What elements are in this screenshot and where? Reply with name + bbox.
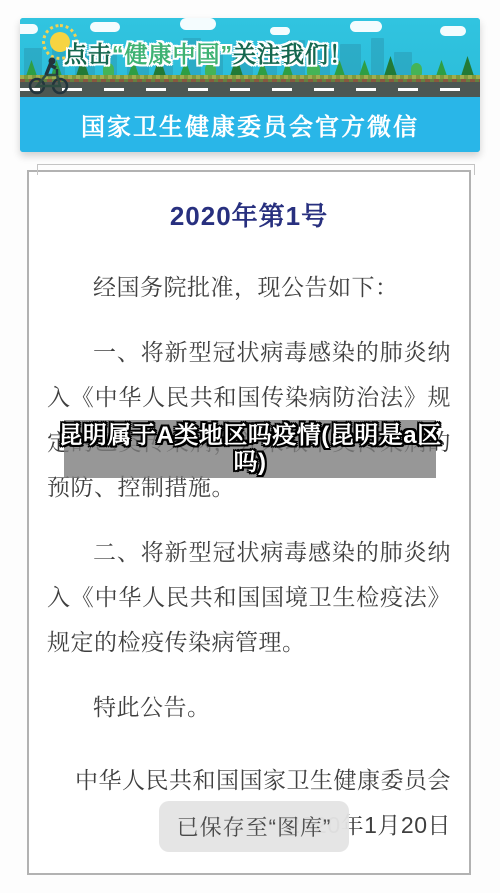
saved-toast: 已保存至“图库” xyxy=(159,801,349,852)
cloud-icon xyxy=(180,18,216,30)
banner-promo-text: 点击“健康中国”关注我们！ xyxy=(64,36,444,69)
cloud-icon xyxy=(350,21,382,32)
issuer-signature: 中华人民共和国国家卫生健康委员会 xyxy=(47,758,451,803)
banner-illustration: 点击“健康中国”关注我们！ xyxy=(20,18,480,97)
banner-title-bar: 国家卫生健康委员会官方微信 xyxy=(20,97,480,152)
cloud-icon xyxy=(20,24,38,34)
caption-line-2: 吗) xyxy=(234,449,267,476)
announcement-document: 2020年第1号 经国务院批准，现公告如下： 一、将新型冠状病毒感染的肺炎纳入《… xyxy=(27,170,471,875)
paragraph-intro: 经国务院批准，现公告如下： xyxy=(47,265,451,310)
caption-overlay: 昆明属于A类地区吗疫情(昆明是a区 吗) xyxy=(64,420,436,478)
follow-us-banner[interactable]: 点击“健康中国”关注我们！ 国家卫生健康委员会官方微信 xyxy=(20,18,480,152)
road xyxy=(20,79,480,97)
promo-suffix: 关注我们！ xyxy=(233,41,353,67)
promo-brand: “健康中国” xyxy=(112,41,233,67)
official-account-title: 国家卫生健康委员会官方微信 xyxy=(81,107,419,142)
caption-line-1: 昆明属于A类地区吗疫情(昆明是a区 xyxy=(58,422,441,449)
toast-message: 已保存至“图库” xyxy=(177,811,332,842)
cloud-icon xyxy=(90,22,120,32)
paragraph-item-2: 二、将新型冠状病毒感染的肺炎纳入《中华人民共和国国境卫生检疫法》规定的检疫传染病… xyxy=(47,530,451,665)
screenshot-page: 点击“健康中国”关注我们！ 国家卫生健康委员会官方微信 2020年第1号 经国务… xyxy=(0,0,500,893)
paragraph-closing: 特此公告。 xyxy=(47,685,451,730)
document-number: 2020年第1号 xyxy=(47,196,451,233)
promo-prefix: 点击 xyxy=(64,41,112,67)
